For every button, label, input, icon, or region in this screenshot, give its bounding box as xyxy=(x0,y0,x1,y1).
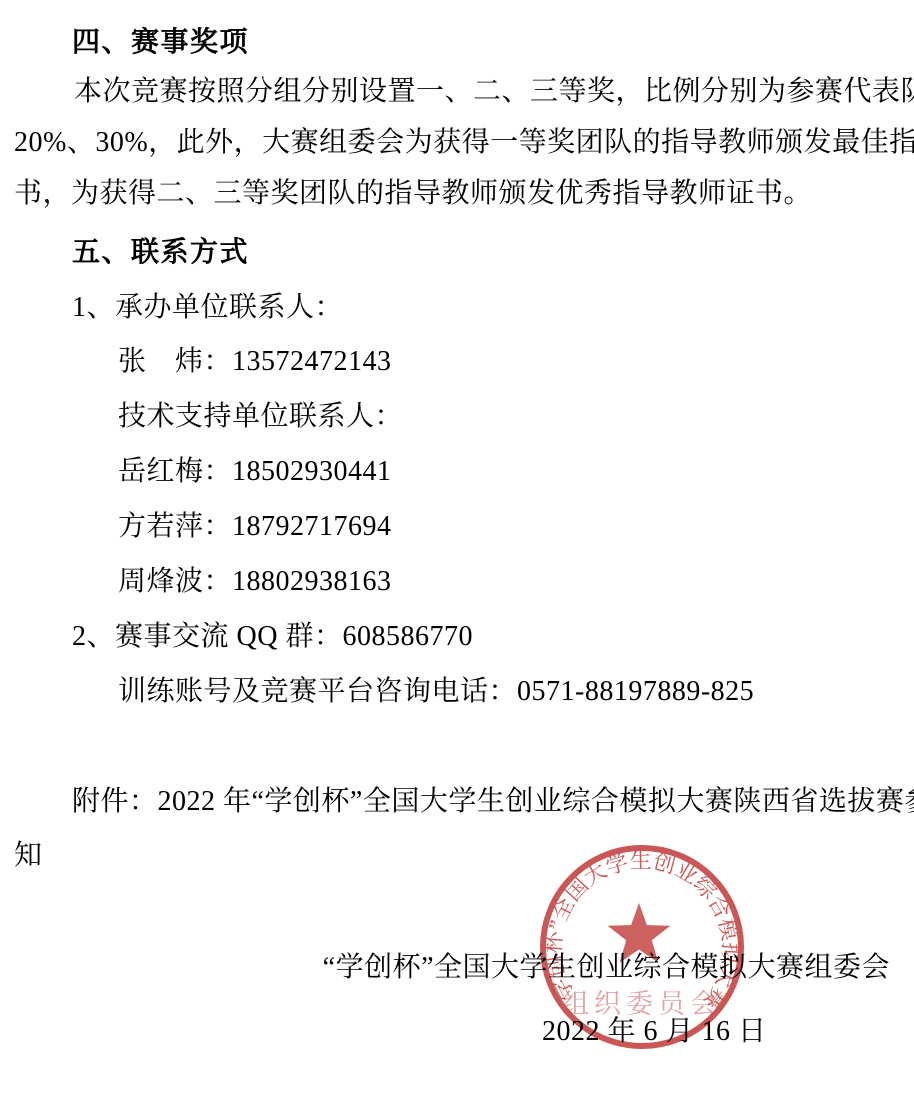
awards-paragraph-line: 书，为获得二、三等奖团队的指导教师颁发优秀指导教师证书。 xyxy=(14,178,812,210)
contact-line: 周烽波：18802938163 xyxy=(118,566,392,598)
section-heading-contact: 五、联系方式 xyxy=(72,236,249,268)
seal-star-icon xyxy=(608,903,671,963)
attachment-line: 附件：2022 年“学创杯”全国大学生创业综合模拟大赛陕西省选拔赛参赛须 xyxy=(72,786,914,818)
contact-line: 技术支持单位联系人： xyxy=(118,401,403,433)
official-seal-stamp: “学创杯”全国大学生创业综合模拟大赛 组织委员会 xyxy=(538,841,746,1053)
contact-item2-label: 2、赛事交流 QQ 群：608586770 xyxy=(72,621,473,653)
seal-bottom-text: 组织委员会 xyxy=(562,989,722,1019)
section-heading-awards: 四、赛事奖项 xyxy=(72,26,249,58)
contact-line: 方若萍：18792717694 xyxy=(118,511,392,543)
awards-paragraph-line: 20%、30%，此外，大赛组委会为获得一等奖团队的指导教师颁发最佳指导教师证 xyxy=(14,127,914,159)
contact-line: 张 炜：13572472143 xyxy=(118,346,392,378)
contact-hotline: 训练账号及竞赛平台咨询电话：0571-88197889-825 xyxy=(118,676,754,708)
contact-item1-label: 1、承办单位联系人： xyxy=(72,292,343,324)
document-page: 四、赛事奖项 本次竞赛按照分组分别设置一、二、三等奖，比例分别为参赛代表队的 1… xyxy=(0,0,914,1120)
attachment-line: 知 xyxy=(14,840,43,872)
contact-line: 岳红梅：18502930441 xyxy=(118,456,392,488)
awards-paragraph-line: 本次竞赛按照分组分别设置一、二、三等奖，比例分别为参赛代表队的 10%、 xyxy=(74,76,914,108)
